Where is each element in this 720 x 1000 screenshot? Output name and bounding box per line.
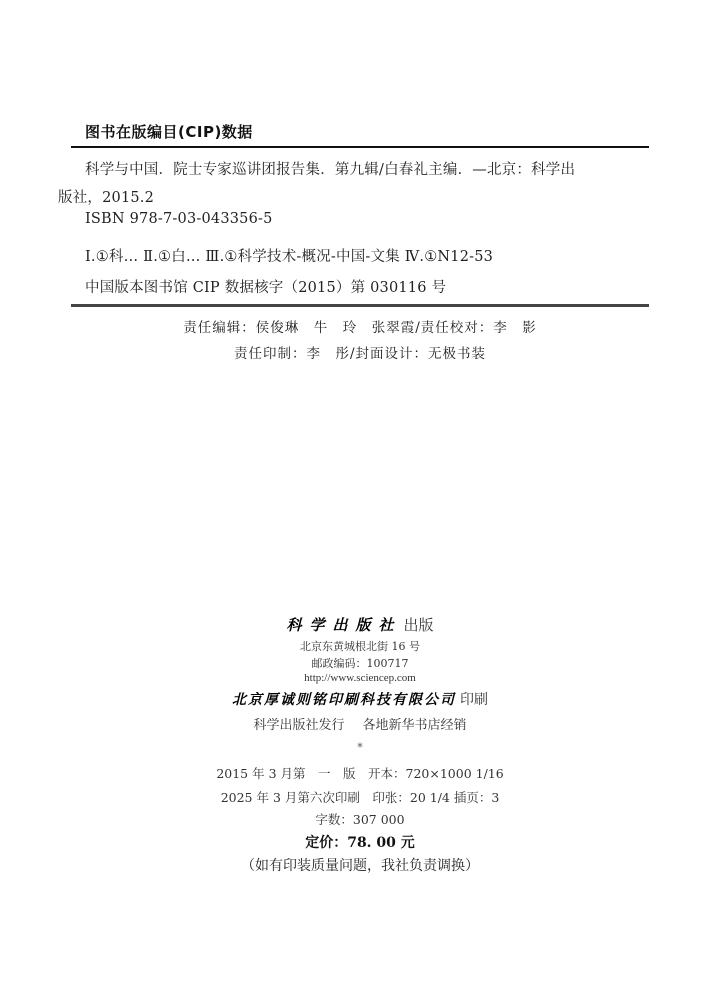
publisher-name: 科学出版社 <box>286 616 401 634</box>
cip-bottom-rule <box>71 304 649 307</box>
publisher-suffix: 出版 <box>404 616 434 634</box>
separator-asterisk: * <box>0 741 720 754</box>
staff-printing-design: 责任印制：李 彤/封面设计：无极书装 <box>0 342 720 362</box>
edition-line: 2015 年 3 月第 一 版 开本：720×1000 1/16 <box>0 764 720 782</box>
word-count: 字数：307 000 <box>0 810 720 828</box>
cip-top-rule <box>71 146 649 148</box>
publisher-url: http://www.sciencep.com <box>0 672 720 684</box>
cip-bibliographic-line: 科学与中国．院士专家巡讲团报告集．第九辑/白春礼主编．—北京：科学出 <box>85 158 575 179</box>
staff-editors: 责任编辑：侯俊琳 牛 玲 张翠霞/责任校对：李 影 <box>0 316 720 336</box>
cip-classification: Ⅰ.①科… Ⅱ.①白… Ⅲ.①科学技术-概况-中国-文集 Ⅳ.①N12-53 <box>85 245 493 266</box>
publisher-postcode: 邮政编码：100717 <box>0 655 720 671</box>
printer-suffix: 印刷 <box>460 692 488 708</box>
publisher-address: 北京东黄城根北街 16 号 <box>0 638 720 654</box>
quality-notice: （如有印装质量问题，我社负责调换） <box>0 855 720 875</box>
publisher-line: 科学出版社出版 <box>0 614 720 635</box>
price-label: 定价： <box>305 835 347 851</box>
distribution-line: 科学出版社发行各地新华书店经销 <box>0 714 720 733</box>
price-unit: 元 <box>396 835 415 851</box>
distribution-publisher: 科学出版社发行 <box>253 718 344 733</box>
cip-number: 中国版本图书馆 CIP 数据核字（2015）第 030116 号 <box>85 276 446 297</box>
price-value: 78. 00 <box>347 835 396 851</box>
cip-title: 图书在版编目(CIP)数据 <box>85 121 253 142</box>
printer-line: 北京厚诚则铭印刷科技有限公司印刷 <box>0 689 720 709</box>
printer-name: 北京厚诚则铭印刷科技有限公司 <box>232 692 456 708</box>
printing-line: 2025 年 3 月第六次印刷 印张：20 1/4 插页：3 <box>0 788 720 806</box>
cip-isbn: ISBN 978-7-03-043356-5 <box>85 211 273 227</box>
distribution-stores: 各地新华书店经销 <box>363 718 467 733</box>
price-line: 定价：78. 00 元 <box>0 832 720 852</box>
cip-bibliographic-line-continued: 版社，2015.2 <box>58 186 154 207</box>
